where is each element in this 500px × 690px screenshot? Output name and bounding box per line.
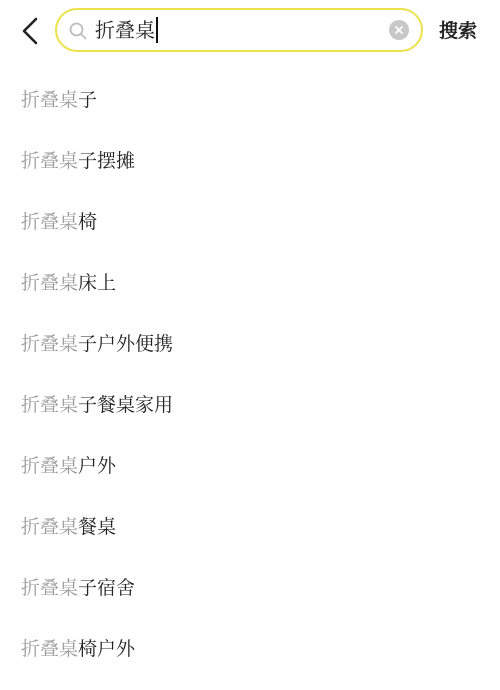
search-input-value: 折叠桌: [95, 18, 155, 42]
suggestion-item[interactable]: 折叠桌子餐桌家用: [0, 375, 500, 436]
suggestion-item[interactable]: 折叠桌子户外便携: [0, 314, 500, 375]
suggestion-rest-text: 椅户外: [78, 638, 135, 660]
suggestion-item[interactable]: 折叠桌床上: [0, 253, 500, 314]
suggestion-match-text: 折叠桌: [21, 455, 78, 477]
clear-x-icon: [389, 20, 409, 40]
search-icon: [68, 21, 88, 41]
suggestion-item[interactable]: 折叠桌椅户外: [0, 619, 500, 680]
suggestion-rest-text: 子餐桌家用: [78, 394, 173, 416]
suggestion-item[interactable]: 折叠桌户外: [0, 436, 500, 497]
clear-search-button[interactable]: [389, 20, 409, 40]
suggestion-match-text: 折叠桌: [21, 577, 78, 599]
suggestion-match-text: 折叠桌: [21, 89, 78, 111]
suggestion-rest-text: 餐桌: [78, 516, 116, 538]
suggestion-match-text: 折叠桌: [21, 394, 78, 416]
text-caret: [156, 17, 158, 43]
suggestion-list: 折叠桌子 折叠桌子摆摊 折叠桌椅 折叠桌床上 折叠桌子户外便携 折叠桌子餐桌家用…: [0, 70, 500, 680]
suggestion-rest-text: 户外: [78, 455, 116, 477]
suggestion-match-text: 折叠桌: [21, 211, 78, 233]
search-box[interactable]: 折叠桌: [55, 8, 423, 52]
suggestion-rest-text: 子宿舍: [78, 577, 135, 599]
suggestion-item[interactable]: 折叠桌餐桌: [0, 497, 500, 558]
suggestion-item[interactable]: 折叠桌子宿舍: [0, 558, 500, 619]
search-header: 折叠桌 搜索: [0, 0, 500, 62]
suggestion-item[interactable]: 折叠桌椅: [0, 192, 500, 253]
suggestion-item[interactable]: 折叠桌子摆摊: [0, 131, 500, 192]
suggestion-item[interactable]: 折叠桌子: [0, 70, 500, 131]
suggestion-rest-text: 子: [78, 89, 97, 111]
suggestion-rest-text: 椅: [78, 211, 97, 233]
search-button[interactable]: 搜索: [439, 17, 477, 45]
suggestion-rest-text: 子摆摊: [78, 150, 135, 172]
suggestion-rest-text: 子户外便携: [78, 333, 173, 355]
suggestion-rest-text: 床上: [78, 272, 116, 294]
search-input[interactable]: 折叠桌: [95, 10, 158, 50]
suggestion-match-text: 折叠桌: [21, 272, 78, 294]
suggestion-match-text: 折叠桌: [21, 638, 78, 660]
suggestion-match-text: 折叠桌: [21, 333, 78, 355]
suggestion-match-text: 折叠桌: [21, 150, 78, 172]
suggestion-match-text: 折叠桌: [21, 516, 78, 538]
chevron-left-icon: [16, 14, 46, 48]
back-button[interactable]: [16, 14, 46, 48]
